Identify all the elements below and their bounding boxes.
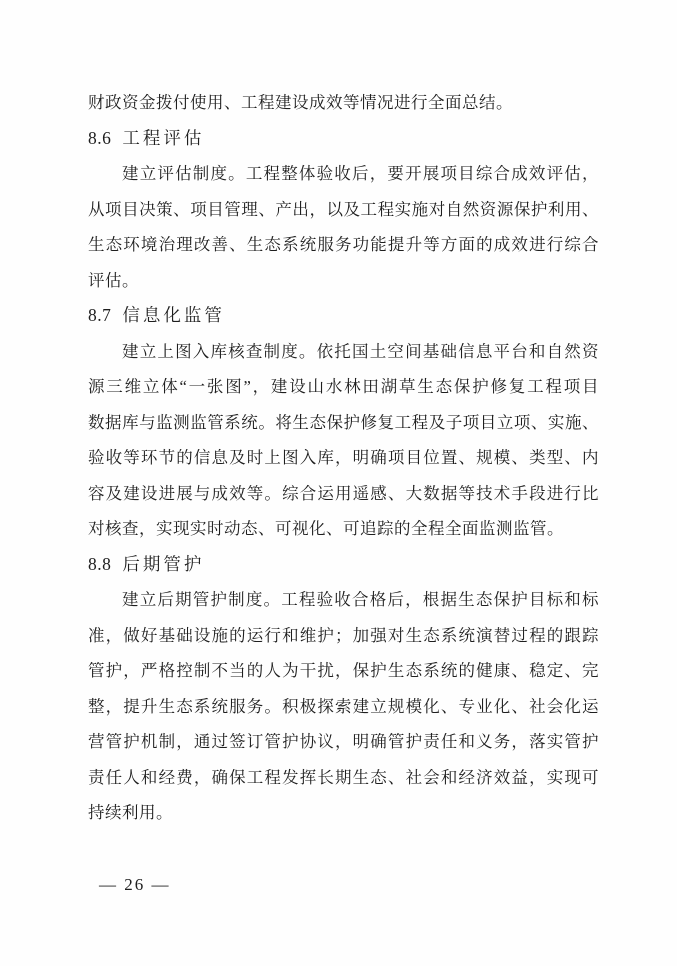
paragraph-line: 验收等环节的信息及时上图入库，明确项目位置、规模、类型、内 [88,440,599,476]
paragraph-line: 准，做好基础设施的运行和维护；加强对生态系统演替过程的跟踪 [88,618,599,654]
paragraph-line: 评估。 [88,263,599,299]
paragraph-line: 建立上图入库核查制度。依托国土空间基础信息平台和自然资 [88,334,599,370]
section-number: 8.6 [88,128,111,148]
paragraph-line: 财政资金拨付使用、工程建设成效等情况进行全面总结。 [88,85,599,121]
paragraph-line: 建立评估制度。工程整体验收后，要开展项目综合成效评估， [88,156,599,192]
paragraph-line: 管护，严格控制不当的人为干扰，保护生态系统的健康、稳定、完 [88,653,599,689]
paragraph-line: 持续利用。 [88,795,599,831]
paragraph-line: 数据库与监测监管系统。将生态保护修复工程及子项目立项、实施、 [88,405,599,441]
paragraph-line: 容及建设进展与成效等。综合运用遥感、大数据等技术手段进行比 [88,476,599,512]
page-number: — 26 — [99,872,171,898]
section-title: 后期管护 [122,554,204,574]
section-number: 8.8 [88,554,111,574]
section-heading-8-6: 8.6工程评估 [88,121,599,157]
section-number: 8.7 [88,305,111,325]
paragraph-line: 对核查，实现实时动态、可视化、可追踪的全程全面监测监管。 [88,511,599,547]
paragraph-line: 营管护机制，通过签订管护协议，明确管护责任和义务，落实管护 [88,724,599,760]
paragraph-line: 源三维立体“一张图”，建设山水林田湖草生态保护修复工程项目 [88,369,599,405]
paragraph-line: 责任人和经费，确保工程发挥长期生态、社会和经济效益，实现可 [88,760,599,796]
paragraph-line: 建立后期管护制度。工程验收合格后，根据生态保护目标和标 [88,582,599,618]
section-title: 信息化监管 [122,305,225,325]
section-heading-8-8: 8.8后期管护 [88,547,599,583]
paragraph-line: 从项目决策、项目管理、产出，以及工程实施对自然资源保护利用、 [88,192,599,228]
section-heading-8-7: 8.7信息化监管 [88,298,599,334]
document-body: 财政资金拨付使用、工程建设成效等情况进行全面总结。 8.6工程评估 建立评估制度… [88,85,599,831]
document-page: 财政资金拨付使用、工程建设成效等情况进行全面总结。 8.6工程评估 建立评估制度… [0,0,677,966]
paragraph-line: 整，提升生态系统服务。积极探索建立规模化、专业化、社会化运 [88,689,599,725]
paragraph-line: 生态环境治理改善、生态系统服务功能提升等方面的成效进行综合 [88,227,599,263]
section-title: 工程评估 [122,128,204,148]
